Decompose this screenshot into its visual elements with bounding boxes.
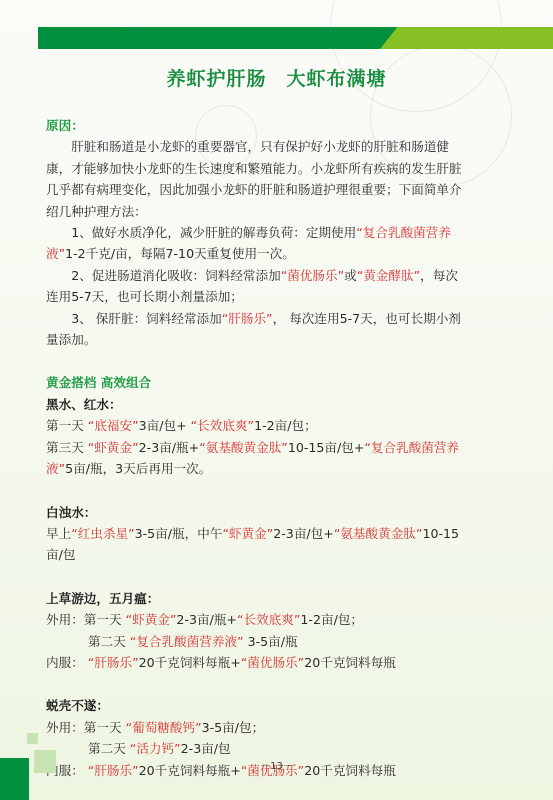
decorative-square-small bbox=[27, 733, 38, 744]
grass-edge-title: 上草游边，五月瘟： bbox=[46, 588, 466, 609]
white-water-line: 早上“红虫杀星”3-5亩/瓶，中午“虾黄金”2-3亩/包+“氨基酸黄金肽”10-… bbox=[46, 523, 466, 566]
product-name: “黄金酵肽” bbox=[357, 268, 420, 283]
grass-edge-day1: 外用：第一天 “虾黄金”2-3亩/瓶+“长效底爽”1-2亩/包； bbox=[46, 609, 466, 630]
molting-day1: 外用：第一天 “葡萄糖酸钙”3-5亩/包； bbox=[46, 717, 466, 738]
method-3: 3、 保肝脏：饲料经常添加“肝肠乐”， 每次连用5-7天，也可长期小剂量添加。 bbox=[46, 308, 466, 351]
page-title: 养虾护肝肠 大虾布满塘 bbox=[0, 64, 553, 91]
grass-edge-day2: 第二天 “复合乳酸菌营养液” 3-5亩/瓶 bbox=[46, 631, 466, 652]
cause-heading: 原因： bbox=[46, 115, 466, 136]
grass-edge-internal: 内服： “肝肠乐”20千克饲料每瓶+“菌优肠乐”20千克饲料每瓶 bbox=[46, 652, 466, 673]
content: 原因： 肝脏和肠道是小龙虾的重要器官，只有保护好小龙虾的肝脏和肠道健康，才能够加… bbox=[46, 115, 466, 781]
black-red-water-title: 黑水、红水： bbox=[46, 394, 466, 415]
black-red-day1: 第一天 “底福安”3亩/包+ “长效底爽”1-2亩/包； bbox=[46, 415, 466, 436]
molting-title: 蜕壳不遂： bbox=[46, 695, 466, 716]
method-2: 2、促进肠道消化吸收：饲料经常添加“菌优肠乐”或“黄金酵肽”，每次连用5-7天，… bbox=[46, 265, 466, 308]
header-bar-lime bbox=[380, 27, 553, 49]
page-number: －13－ bbox=[0, 757, 553, 772]
black-red-day3: 第三天 “虾黄金”2-3亩/瓶+“氨基酸黄金肽”10-15亩/包+“复合乳酸菌营… bbox=[46, 437, 466, 480]
header-bar-dark bbox=[38, 27, 418, 49]
white-water-title: 白浊水： bbox=[46, 502, 466, 523]
cause-intro: 肝脏和肠道是小龙虾的重要器官，只有保护好小龙虾的肝脏和肠道健康，才能够加快小龙虾… bbox=[46, 136, 466, 222]
header-bar bbox=[38, 27, 553, 49]
combo-heading: 黄金搭档 高效组合 bbox=[46, 372, 466, 393]
product-name: “肝肠乐” bbox=[222, 311, 273, 326]
method-1: 1、做好水质净化，减少肝脏的解毒负荷：定期使用“复合乳酸菌营养液”1-2千克/亩… bbox=[46, 222, 466, 265]
product-name: “菌优肠乐” bbox=[281, 268, 344, 283]
